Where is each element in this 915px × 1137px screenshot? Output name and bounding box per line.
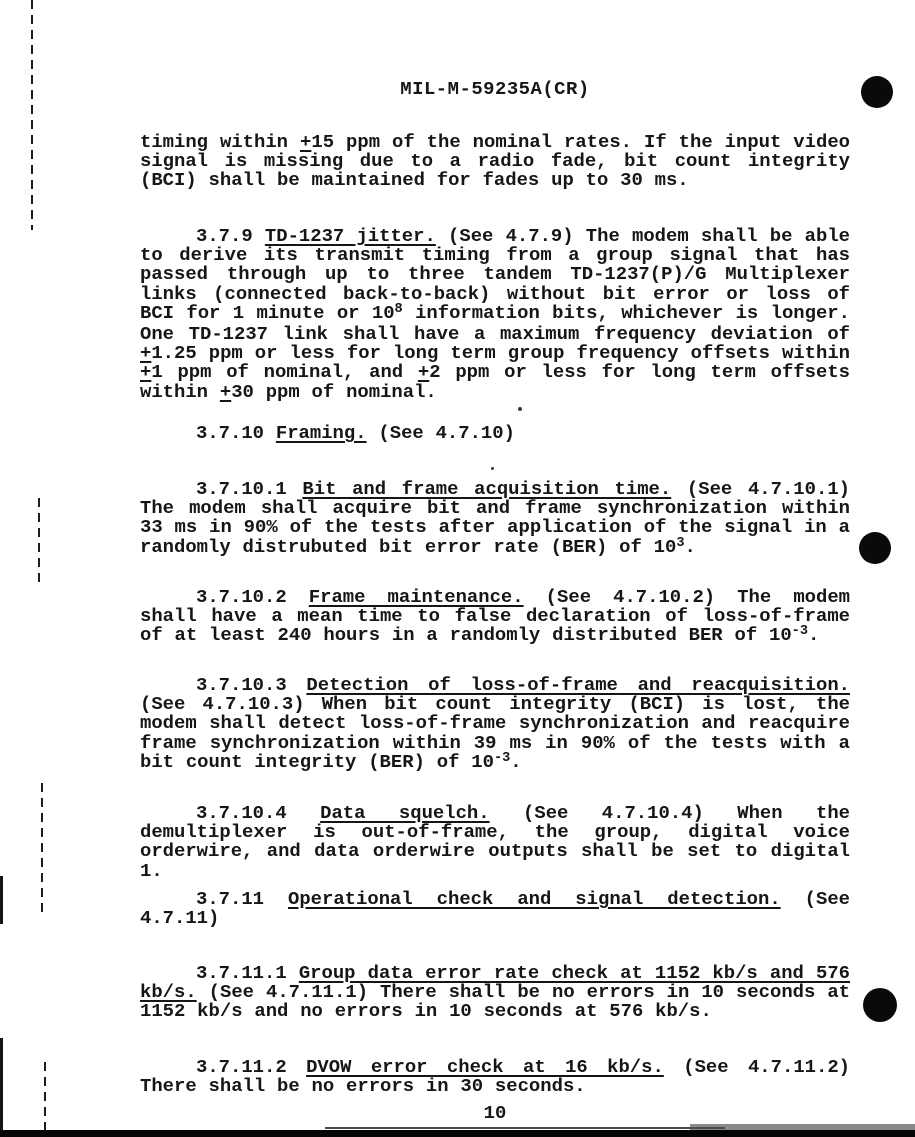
paragraph-3-7-11-1-group-data-error-rate: 3.7.11.1 Group data error rate check at … bbox=[140, 964, 850, 1022]
scan-speck bbox=[518, 407, 522, 411]
paragraph-3-7-10-4-data-squelch: 3.7.10.4 Data squelch. (See 4.7.10.4) Wh… bbox=[140, 804, 850, 881]
bottom-scan-line bbox=[325, 1127, 725, 1129]
registration-dot-mark bbox=[859, 532, 891, 564]
left-margin-fold-line bbox=[41, 783, 43, 913]
paragraph-3-7-10-2-frame-maintenance: 3.7.10.2 Frame maintenance. (See 4.7.10.… bbox=[140, 588, 850, 648]
left-margin-fold-line bbox=[31, 0, 33, 230]
left-margin-fold-line bbox=[44, 1062, 46, 1132]
paragraph-3-7-10-1-bit-frame-acquisition: 3.7.10.1 Bit and frame acquisition time.… bbox=[140, 480, 850, 559]
document-id-header: MIL-M-59235A(CR) bbox=[140, 80, 850, 99]
registration-dot-mark bbox=[861, 76, 893, 108]
paragraph-3-7-11-2-dvow-error-check: 3.7.11.2 DVOW error check at 16 kb/s. (S… bbox=[140, 1058, 850, 1096]
paragraph-3-7-10-3-loss-of-frame-detection: 3.7.10.3 Detection of loss-of-frame and … bbox=[140, 676, 850, 774]
paragraph-3-7-9-td1237-jitter: 3.7.9 TD-1237 jitter. (See 4.7.9) The mo… bbox=[140, 227, 850, 402]
paragraph-timing-continuation: timing within +15 ppm of the nominal rat… bbox=[140, 133, 850, 191]
left-scan-edge-mark bbox=[0, 876, 3, 924]
registration-dot-mark bbox=[863, 988, 897, 1022]
bottom-scan-edge-bar bbox=[0, 1130, 915, 1137]
page-number: 10 bbox=[140, 1104, 850, 1123]
left-margin-fold-line bbox=[38, 498, 40, 586]
scan-speck bbox=[491, 467, 494, 470]
left-scan-edge-mark bbox=[0, 1038, 3, 1137]
paragraph-3-7-10-framing: 3.7.10 Framing. (See 4.7.10) bbox=[140, 424, 850, 443]
paragraph-3-7-11-operational-check: 3.7.11 Operational check and signal dete… bbox=[140, 890, 850, 928]
scanned-document-page: MIL-M-59235A(CR) timing within +15 ppm o… bbox=[0, 0, 915, 1137]
